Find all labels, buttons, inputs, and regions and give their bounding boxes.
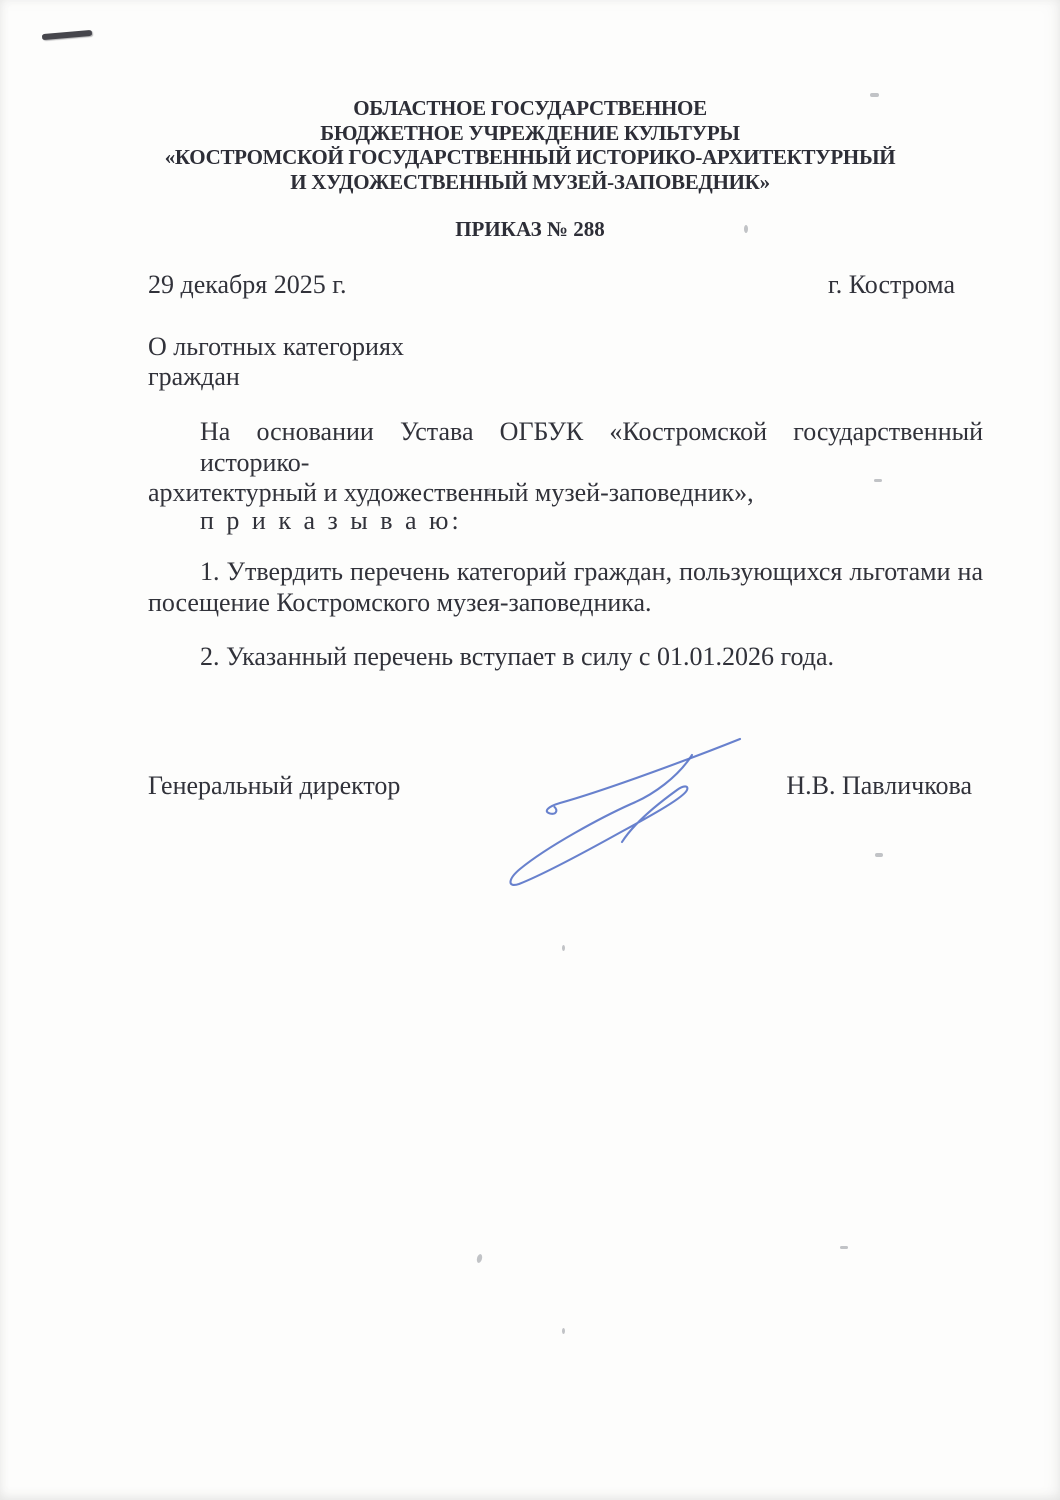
preamble-line: архитектурный и художественный музей-зап… [148, 478, 983, 509]
scan-speckle [870, 93, 879, 97]
document-date: 29 декабря 2025 г. [148, 270, 346, 300]
signature-stroke-loop [510, 755, 692, 885]
signature-stroke-flourish [547, 739, 740, 814]
signer-position: Генеральный директор [148, 771, 400, 801]
document-page: ОБЛАСТНОЕ ГОСУДАРСТВЕННОЕ БЮДЖЕТНОЕ УЧРЕ… [0, 0, 1060, 1500]
order-item-line: посещение Костромского музея-заповедника… [148, 588, 983, 619]
org-header-line: БЮДЖЕТНОЕ УЧРЕЖДЕНИЕ КУЛЬТУРЫ [60, 121, 1000, 146]
org-header: ОБЛАСТНОЕ ГОСУДАРСТВЕННОЕ БЮДЖЕТНОЕ УЧРЕ… [60, 96, 1000, 194]
preamble-paragraph: На основании Устава ОГБУК «Костромской г… [148, 417, 983, 509]
order-item-1: 1. Утвердить перечень категорий граждан,… [148, 557, 983, 618]
order-item-line: 1. Утвердить перечень категорий граждан,… [148, 557, 983, 588]
meta-row: 29 декабря 2025 г. г. Кострома [148, 270, 955, 300]
signer-name: Н.В. Павличкова [786, 771, 972, 801]
signature-ink [490, 733, 750, 895]
scan-artifact-mark [42, 30, 92, 40]
document-title: ПРИКАЗ № 288 [0, 217, 1060, 242]
order-word: п р и к а з ы в а ю: [148, 506, 1035, 537]
scan-speckle [476, 1254, 483, 1264]
scan-speckle [874, 479, 882, 482]
subject-line: О льготных категориях [148, 332, 648, 362]
scan-speckle [562, 945, 565, 951]
org-header-line: ОБЛАСТНОЕ ГОСУДАРСТВЕННОЕ [60, 96, 1000, 121]
order-item-line: 2. Указанный перечень вступает в силу с … [148, 642, 983, 673]
org-header-line: «КОСТРОМСКОЙ ГОСУДАРСТВЕННЫЙ ИСТОРИКО-АР… [60, 145, 1000, 170]
scan-speckle [840, 1246, 848, 1249]
preamble-line: На основании Устава ОГБУК «Костромской г… [148, 417, 983, 478]
scan-speckle [744, 225, 748, 233]
scan-speckle [562, 1328, 565, 1334]
subject-line: граждан [148, 362, 648, 392]
order-item-2: 2. Указанный перечень вступает в силу с … [148, 642, 983, 673]
org-header-line: И ХУДОЖЕСТВЕННЫЙ МУЗЕЙ-ЗАПОВЕДНИК» [60, 170, 1000, 195]
document-subject: О льготных категориях граждан [148, 332, 648, 392]
document-city: г. Кострома [828, 270, 955, 300]
scan-speckle [875, 853, 883, 857]
